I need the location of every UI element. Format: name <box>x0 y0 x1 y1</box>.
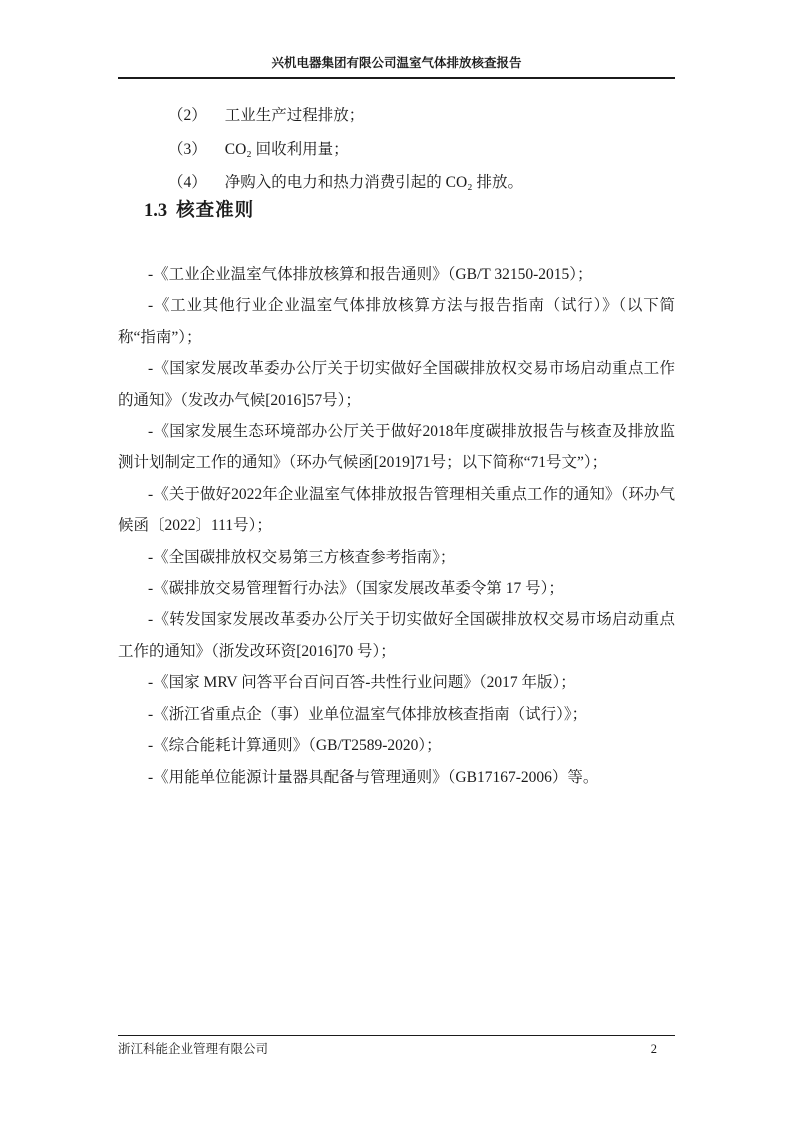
list-item-number: （4） <box>168 166 207 200</box>
criteria-paragraph: -《国家发展改革委办公厅关于切实做好全国碳排放权交易市场启动重点工作的通知》（发… <box>118 353 675 416</box>
list-item: （2）工业生产过程排放； <box>168 99 523 133</box>
footer-company: 浙江科能企业管理有限公司 <box>118 1042 268 1057</box>
list-item: （3）CO₂ 回收利用量； <box>168 133 523 167</box>
criteria-paragraph: -《综合能耗计算通则》（GB/T2589-2020）； <box>118 730 675 761</box>
page-footer: 浙江科能企业管理有限公司 2 <box>118 1035 675 1057</box>
criteria-list: -《工业企业温室气体排放核算和报告通则》（GB/T 32150-2015）； -… <box>118 259 675 793</box>
criteria-paragraph: -《国家 MRV 问答平台百问百答-共性行业问题》（2017 年版）； <box>118 667 675 698</box>
section-heading: 1.3核查准则 <box>144 196 254 225</box>
criteria-paragraph: -《碳排放交易管理暂行办法》（国家发展改革委令第 17 号）； <box>118 573 675 604</box>
list-item-number: （2） <box>168 99 207 133</box>
criteria-paragraph: -《工业企业温室气体排放核算和报告通则》（GB/T 32150-2015）； <box>118 259 675 290</box>
criteria-paragraph: -《用能单位能源计量器具配备与管理通则》（GB17167-2006）等。 <box>118 762 675 793</box>
criteria-paragraph: -《转发国家发展改革委办公厅关于切实做好全国碳排放权交易市场启动重点工作的通知》… <box>118 604 675 667</box>
header-title: 兴机电器集团有限公司温室气体排放核查报告 <box>271 56 521 70</box>
emission-scope-list: （2）工业生产过程排放； （3）CO₂ 回收利用量； （4）净购入的电力和热力消… <box>168 99 523 200</box>
list-item-text: CO₂ 回收利用量； <box>225 141 349 158</box>
section-number: 1.3 <box>144 201 167 221</box>
page-header: 兴机电器集团有限公司温室气体排放核查报告 <box>118 55 675 79</box>
criteria-paragraph: -《全国碳排放权交易第三方核查参考指南》； <box>118 542 675 573</box>
criteria-paragraph: -《浙江省重点企（事）业单位温室气体排放核查指南（试行）》； <box>118 699 675 730</box>
criteria-paragraph: -《工业其他行业企业温室气体排放核算方法与报告指南（试行）》（以下简称“指南”）… <box>118 290 675 353</box>
criteria-paragraph: -《关于做好2022年企业温室气体排放报告管理相关重点工作的通知》（环办气候函〔… <box>118 479 675 542</box>
document-page: 兴机电器集团有限公司温室气体排放核查报告 （2）工业生产过程排放； （3）CO₂… <box>0 0 793 1122</box>
section-title: 核查准则 <box>176 199 254 220</box>
list-item: （4）净购入的电力和热力消费引起的 CO₂ 排放。 <box>168 166 523 200</box>
page-number: 2 <box>651 1042 657 1057</box>
list-item-number: （3） <box>168 133 207 167</box>
list-item-text: 净购入的电力和热力消费引起的 CO₂ 排放。 <box>225 174 523 191</box>
list-item-text: 工业生产过程排放； <box>225 107 365 124</box>
criteria-paragraph: -《国家发展生态环境部办公厅关于做好2018年度碳排放报告与核查及排放监测计划制… <box>118 416 675 479</box>
